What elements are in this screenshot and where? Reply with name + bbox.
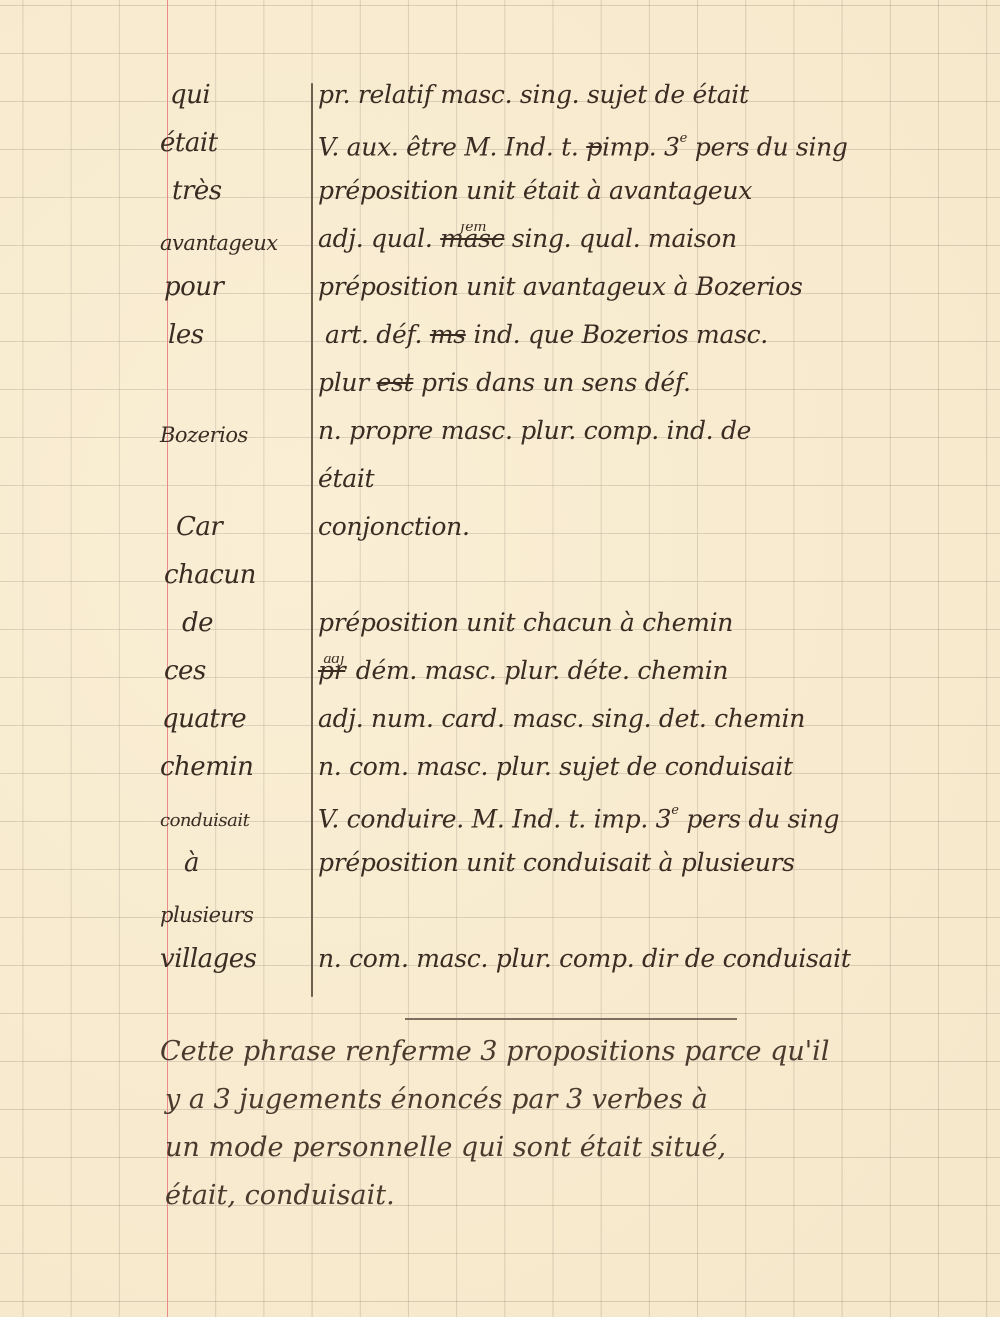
analysis-text: V. aux. être M. Ind. t.: [318, 132, 579, 161]
analysis-conduisait: V. conduire. M. Ind. t. imp. 3e pers du …: [318, 800, 998, 834]
analysis-villages: n. com. masc. plur. comp. dir de conduis…: [318, 944, 998, 974]
summary-line-2: y a 3 jugements énoncés par 3 verbes à: [165, 1076, 995, 1124]
analysis-text: art. déf.: [325, 320, 422, 349]
analysis-avantageux: adj. qual. mascfem sing. qual. maison: [318, 224, 998, 258]
analysis-text: pris dans un sens déf.: [421, 368, 691, 397]
correction-text: adj: [323, 656, 344, 667]
analysis-text: sing. qual. maison: [512, 224, 737, 253]
word-chemin: chemin: [160, 752, 308, 782]
analysis-pour: préposition unit avantageux à Bozerios: [318, 272, 998, 302]
word-tres: très: [172, 176, 320, 206]
superscript: e: [680, 131, 687, 146]
struck-text: est: [377, 368, 414, 397]
superscript: e: [671, 803, 678, 818]
summary-line-3: un mode personnelle qui sont était situé…: [165, 1124, 995, 1172]
analysis-text: pers du sing: [695, 132, 848, 161]
struck-text: p: [586, 132, 602, 161]
summary-line-4: était, conduisait.: [165, 1172, 995, 1220]
analysis-chemin: n. com. masc. plur. sujet de conduisait: [318, 752, 998, 782]
word-les: les: [168, 320, 316, 350]
analysis-bozerios-continued: était: [318, 464, 998, 494]
word-conduisait: conduisait: [160, 806, 308, 836]
analysis-bozerios: n. propre masc. plur. comp. ind. de: [318, 416, 998, 446]
word-ces: ces: [164, 656, 312, 686]
analysis-text: dém. masc. plur. déte. chemin: [356, 656, 728, 685]
analysis-a: préposition unit conduisait à plusieurs: [318, 848, 998, 878]
analysis-etait: V. aux. être M. Ind. t. pimp. 3e pers du…: [318, 128, 998, 162]
struck-text: ms: [430, 320, 466, 349]
word-bozerios: Bozerios: [160, 420, 308, 450]
word-etait: était: [160, 128, 308, 158]
analysis-text: imp. 3: [602, 132, 680, 161]
word-a: à: [184, 848, 332, 878]
analysis-qui: pr. relatif masc. sing. sujet de était: [318, 80, 998, 110]
word-qui: qui: [170, 80, 318, 110]
word-quatre: quatre: [162, 704, 310, 734]
analysis-ces: pradj dém. masc. plur. déte. chemin: [318, 656, 998, 690]
analysis-quatre: adj. num. card. masc. sing. det. chemin: [318, 704, 998, 734]
analysis-text: pers du sing: [686, 804, 839, 833]
analysis-text: plur: [318, 368, 369, 397]
analysis-car: conjonction.: [318, 512, 998, 542]
analysis-tres: préposition unit était à avantageux: [318, 176, 998, 206]
correction-text: fem: [460, 224, 486, 235]
analysis-text: adj. qual.: [318, 224, 433, 253]
word-de: de: [182, 608, 330, 638]
word-avantageux: avantageux: [160, 228, 308, 258]
word-plusieurs: plusieurs: [160, 900, 308, 930]
analysis-les: art. déf. ms ind. que Bozerios masc.: [325, 320, 1000, 350]
separator-line: [405, 1018, 737, 1020]
analysis-les-continued: plur est pris dans un sens déf.: [318, 368, 998, 398]
word-chacun: chacun: [164, 560, 312, 590]
word-villages: villages: [160, 944, 308, 974]
analysis-de: préposition unit chacun à chemin: [318, 608, 998, 638]
word-car: Car: [176, 512, 324, 542]
analysis-text: V. conduire. M. Ind. t. imp. 3: [318, 804, 671, 833]
word-pour: pour: [164, 272, 312, 302]
analysis-text: ind. que Bozerios masc.: [473, 320, 768, 349]
summary-line-1: Cette phrase renferme 3 propositions par…: [160, 1028, 990, 1076]
